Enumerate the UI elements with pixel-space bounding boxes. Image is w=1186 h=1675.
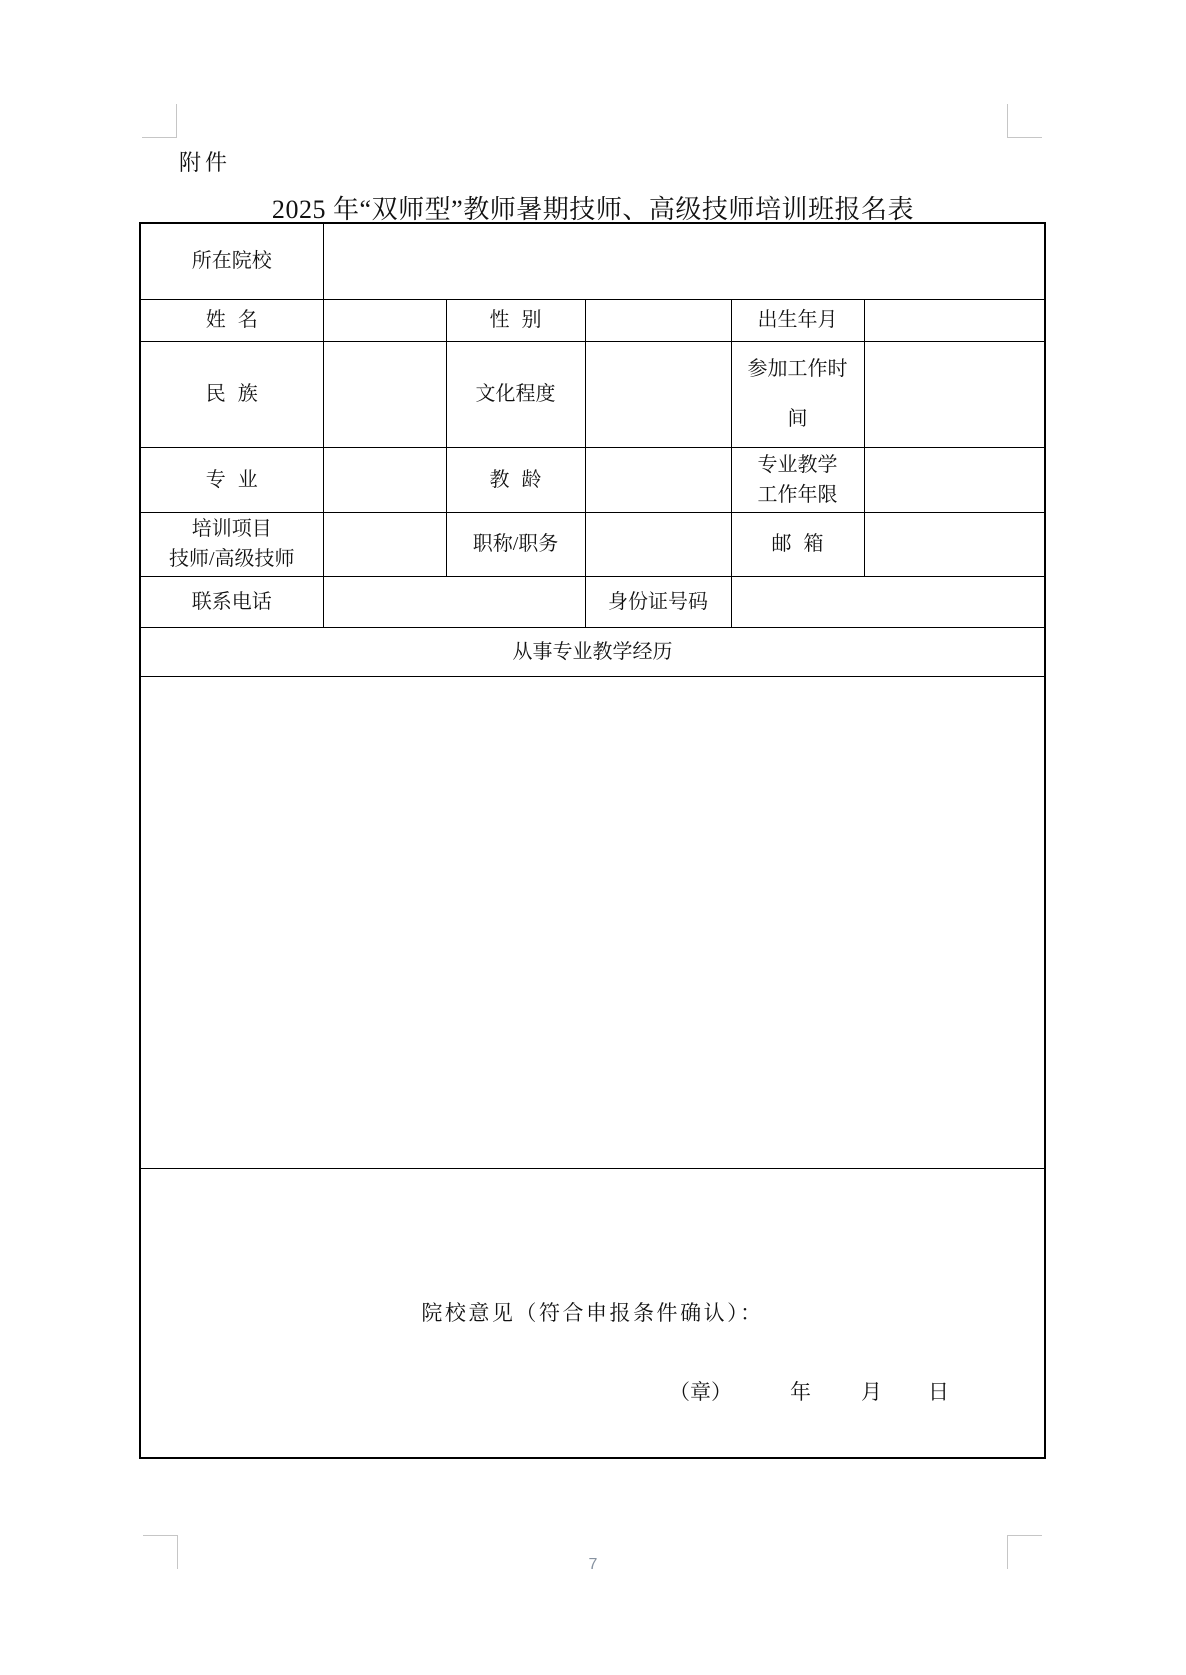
label-training-program: 培训项目 技师/高级技师: [140, 512, 323, 576]
field-email[interactable]: [864, 512, 1045, 576]
header-teaching-experience: 从事专业教学经历: [140, 627, 1045, 676]
table-row: 所在院校: [140, 223, 1045, 299]
table-row: 从事专业教学经历: [140, 627, 1045, 676]
field-major[interactable]: [323, 447, 446, 512]
field-gender[interactable]: [585, 299, 731, 341]
field-institution[interactable]: [323, 223, 1045, 299]
institution-label-text: 所在院校: [192, 246, 272, 276]
teaching-years-label-text: 教龄: [478, 465, 554, 495]
field-teaching-experience-content[interactable]: [140, 676, 1045, 1168]
label-institution-opinion: 院校意见（符合申报条件确认）：: [155, 1298, 1030, 1328]
label-gender: 性别: [446, 299, 585, 341]
field-institution-opinion[interactable]: 院校意见（符合申报条件确认）：（章）年月日: [140, 1168, 1045, 1458]
field-teaching-years[interactable]: [585, 447, 731, 512]
ethnicity-label-text: 民族: [194, 379, 270, 409]
sign-day-label: 日: [928, 1380, 949, 1404]
id-number-label-text: 身份证号码: [608, 587, 708, 617]
table-row: 姓名性别出生年月: [140, 299, 1045, 341]
label-id-number: 身份证号码: [585, 576, 731, 627]
sign-year-label: 年: [790, 1380, 811, 1404]
name-label-text: 姓名: [194, 305, 270, 335]
attachment-label: 附件: [179, 146, 231, 177]
table-row: 联系电话身份证号码: [140, 576, 1045, 627]
label-birth-date: 出生年月: [731, 299, 864, 341]
teaching-experience-label-text: 从事专业教学经历: [513, 637, 673, 667]
training-program-label-text: 培训项目 技师/高级技师: [169, 514, 295, 574]
field-name[interactable]: [323, 299, 446, 341]
professional-teaching-years-label-text: 专业教学 工作年限: [758, 450, 838, 510]
table-row: 专业教龄专业教学 工作年限: [140, 447, 1045, 512]
registration-form-table: 所在院校姓名性别出生年月民族文化程度参加工作时 间专业教龄专业教学 工作年限培训…: [139, 222, 1046, 1459]
table-row: 培训项目 技师/高级技师职称/职务邮箱: [140, 512, 1045, 576]
sign-month-label: 月: [861, 1380, 882, 1404]
label-institution: 所在院校: [140, 223, 323, 299]
label-title-position: 职称/职务: [446, 512, 585, 576]
gender-label-text: 性别: [478, 305, 554, 335]
email-label-text: 邮箱: [760, 529, 836, 559]
title-position-label-text: 职称/职务: [473, 529, 559, 559]
field-title-position[interactable]: [585, 512, 731, 576]
label-contact-phone: 联系电话: [140, 576, 323, 627]
field-ethnicity[interactable]: [323, 341, 446, 447]
table-row: 民族文化程度参加工作时 间: [140, 341, 1045, 447]
field-training-program[interactable]: [323, 512, 446, 576]
major-label-text: 专业: [194, 465, 270, 495]
table-row: [140, 676, 1045, 1168]
education-level-label-text: 文化程度: [476, 379, 556, 409]
field-contact-phone[interactable]: [323, 576, 585, 627]
seal-date-line: （章）年月日: [669, 1377, 949, 1407]
label-education-level: 文化程度: [446, 341, 585, 447]
field-education-level[interactable]: [585, 341, 731, 447]
field-professional-teaching-years[interactable]: [864, 447, 1045, 512]
field-birth-date[interactable]: [864, 299, 1045, 341]
document-page: 附件 2025 年“双师型”教师暑期技师、高级技师培训班报名表 所在院校姓名性别…: [0, 0, 1186, 1675]
label-work-start-time: 参加工作时 间: [731, 341, 864, 447]
margin-corner-mark-top-right: [1007, 104, 1042, 138]
label-email: 邮箱: [731, 512, 864, 576]
form-title: 2025 年“双师型”教师暑期技师、高级技师培训班报名表: [0, 189, 1186, 226]
table-row: 院校意见（符合申报条件确认）：（章）年月日: [140, 1168, 1045, 1458]
field-work-start-time[interactable]: [864, 341, 1045, 447]
margin-corner-mark-top-left: [142, 104, 177, 138]
page-number: 7: [0, 1556, 1186, 1574]
label-name: 姓名: [140, 299, 323, 341]
label-professional-teaching-years: 专业教学 工作年限: [731, 447, 864, 512]
label-teaching-years: 教龄: [446, 447, 585, 512]
contact-phone-label-text: 联系电话: [192, 587, 272, 617]
field-id-number[interactable]: [731, 576, 1045, 627]
label-ethnicity: 民族: [140, 341, 323, 447]
sign-seal-label: （章）: [669, 1380, 732, 1404]
work-start-time-label-text: 参加工作时 间: [748, 344, 848, 444]
label-major: 专业: [140, 447, 323, 512]
birth-date-label-text: 出生年月: [758, 305, 838, 335]
